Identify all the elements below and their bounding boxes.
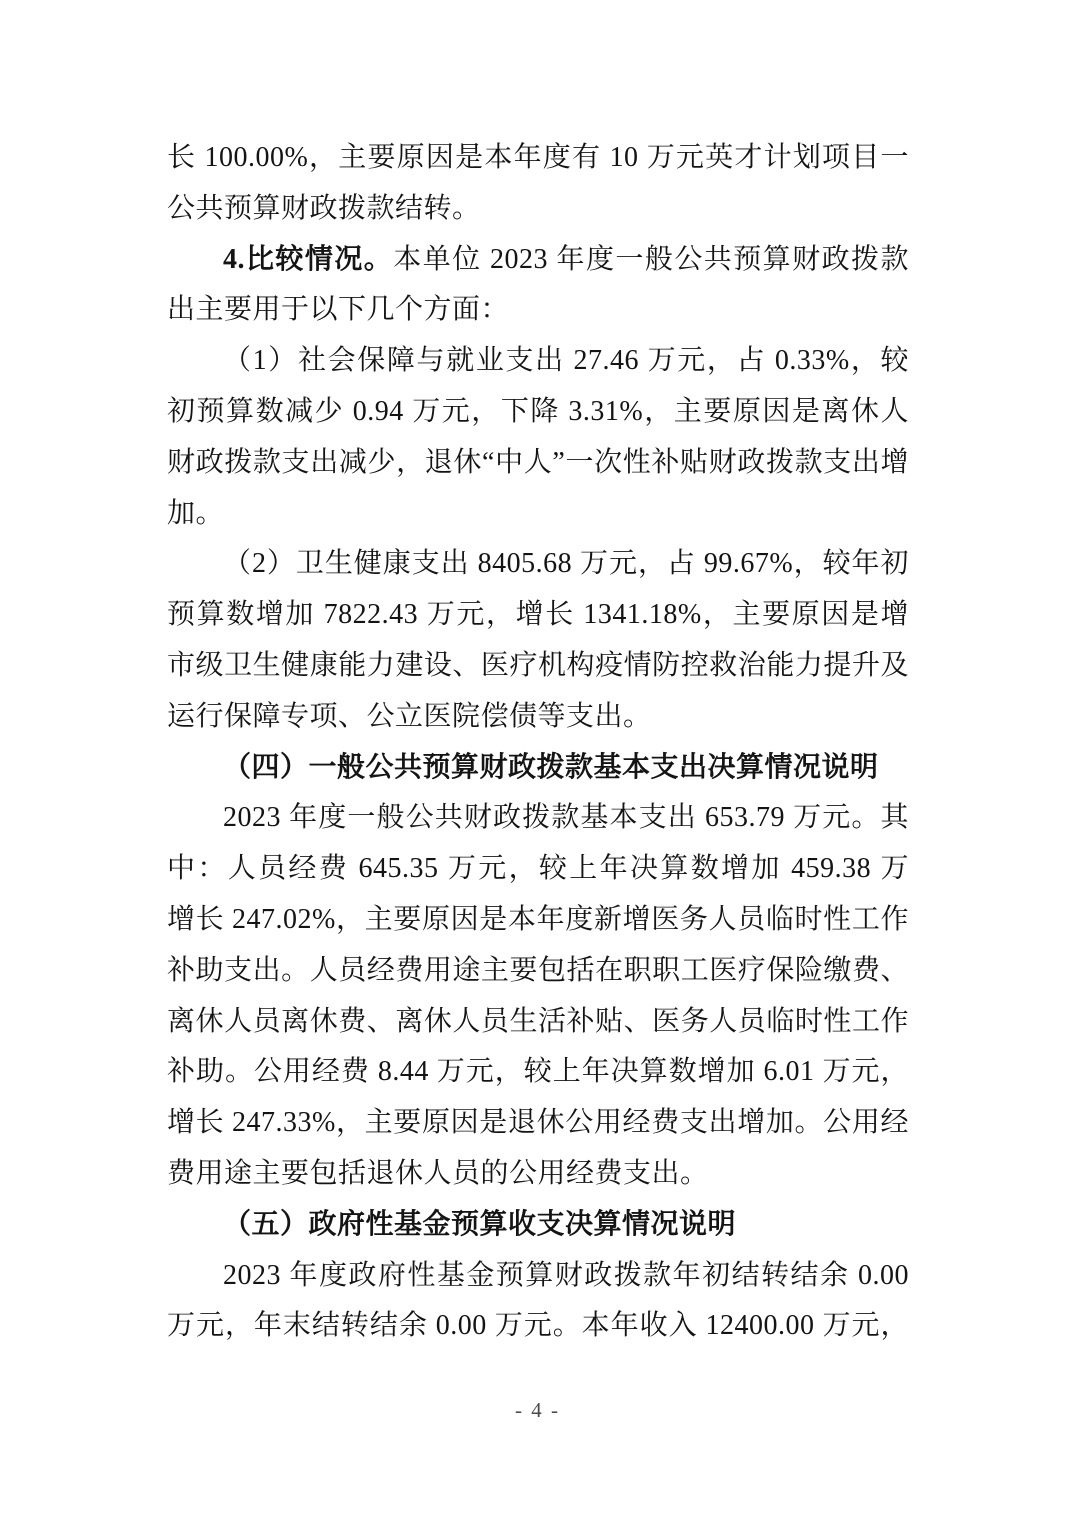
text-line: （2）卫生健康支出 8405.68 万元，占 99.67%，较年初 [167,539,909,590]
text-line: 增长 247.02%，主要原因是本年度新增医务人员临时性工作 [167,895,909,946]
text-line: 2023 年度一般公共财政拨款基本支出 653.79 万元。其 [167,793,909,844]
bold-text-run: 4.比较情况。 [223,244,393,275]
text-run: 初预算数减少 0.94 万元，下降 3.31%，主要原因是离休人员 [167,396,909,438]
text-run: 增长 247.02%，主要原因是本年度新增医务人员临时性工作 [167,904,909,935]
text-run: 长 100.00%，主要原因是本年度有 10 万元英才计划项目一般 [167,142,909,184]
text-line: 中：人员经费 645.35 万元，较上年决算数增加 459.38 万元， [167,844,909,895]
text-line: 万元，年末结转结余 0.00 万元。本年收入 12400.00 万元， [167,1301,909,1352]
text-run: 运行保障专项、公立医院偿债等支出。 [167,701,652,732]
text-run: 2023 年度政府性基金预算财政拨款年初结转结余 0.00 [223,1260,909,1291]
text-line: 补助支出。人员经费用途主要包括在职职工医疗保险缴费、 [167,946,909,997]
text-run: 财政拨款支出减少，退休“中人”一次性补贴财政拨款支出增 [167,447,909,478]
text-line: 2023 年度政府性基金预算财政拨款年初结转结余 0.00 [167,1251,909,1302]
text-run: 预算数增加 7822.43 万元，增长 1341.18%，主要原因是增加 [167,599,909,641]
text-run: 出主要用于以下几个方面： [167,294,509,325]
text-line: 长 100.00%，主要原因是本年度有 10 万元英才计划项目一般 [167,133,909,184]
text-run: 2023 年度一般公共财政拨款基本支出 653.79 万元。其 [223,802,909,833]
text-run: 市级卫生健康能力建设、医疗机构疫情防控救治能力提升及 [167,650,909,681]
text-block: 长 100.00%，主要原因是本年度有 10 万元英才计划项目一般公共预算财政拨… [167,133,909,1352]
text-line: 增长 247.33%，主要原因是退休公用经费支出增加。公用经 [167,1098,909,1149]
document-page: 长 100.00%，主要原因是本年度有 10 万元英才计划项目一般公共预算财政拨… [0,0,1075,1520]
text-line: （四）一般公共预算财政拨款基本支出决算情况说明 [167,743,909,794]
text-run: 补助支出。人员经费用途主要包括在职职工医疗保险缴费、 [167,955,909,986]
page-number: - 4 - [0,1398,1075,1423]
text-line: 离休人员离休费、离休人员生活补贴、医务人员临时性工作 [167,997,909,1048]
text-line: 4.比较情况。本单位 2023 年度一般公共预算财政拨款支 [167,235,909,286]
text-line: 市级卫生健康能力建设、医疗机构疫情防控救治能力提升及 [167,641,909,692]
text-run: 加。 [167,498,224,529]
text-line: 财政拨款支出减少，退休“中人”一次性补贴财政拨款支出增 [167,438,909,489]
text-run: 增长 247.33%，主要原因是退休公用经费支出增加。公用经 [167,1107,909,1138]
text-line: 公共预算财政拨款结转。 [167,184,909,235]
text-line: 加。 [167,489,909,540]
text-run: 公共预算财政拨款结转。 [167,193,481,224]
text-line: 补助。公用经费 8.44 万元，较上年决算数增加 6.01 万元， [167,1047,909,1098]
text-run: （2）卫生健康支出 8405.68 万元，占 99.67%，较年初 [223,548,909,579]
text-run: 中：人员经费 645.35 万元，较上年决算数增加 459.38 万元， [167,853,909,895]
text-line: 运行保障专项、公立医院偿债等支出。 [167,692,909,743]
text-run: 补助。公用经费 8.44 万元，较上年决算数增加 6.01 万元， [167,1056,909,1087]
text-run: 费用途主要包括退休人员的公用经费支出。 [167,1158,709,1189]
text-line: 费用途主要包括退休人员的公用经费支出。 [167,1149,909,1200]
text-line: 初预算数减少 0.94 万元，下降 3.31%，主要原因是离休人员 [167,387,909,438]
text-run: 万元，年末结转结余 0.00 万元。本年收入 12400.00 万元， [167,1310,909,1341]
text-line: 出主要用于以下几个方面： [167,285,909,336]
text-run: 离休人员离休费、离休人员生活补贴、医务人员临时性工作 [167,1006,909,1037]
text-line: 预算数增加 7822.43 万元，增长 1341.18%，主要原因是增加 [167,590,909,641]
section-heading-text: （五）政府性基金预算收支决算情况说明 [223,1209,736,1240]
text-line: （五）政府性基金预算收支决算情况说明 [167,1200,909,1251]
text-line: （1）社会保障与就业支出 27.46 万元，占 0.33%，较年 [167,336,909,387]
text-run: （1）社会保障与就业支出 27.46 万元，占 0.33%，较年 [167,345,909,387]
section-heading-text: （四）一般公共预算财政拨款基本支出决算情况说明 [223,752,879,783]
